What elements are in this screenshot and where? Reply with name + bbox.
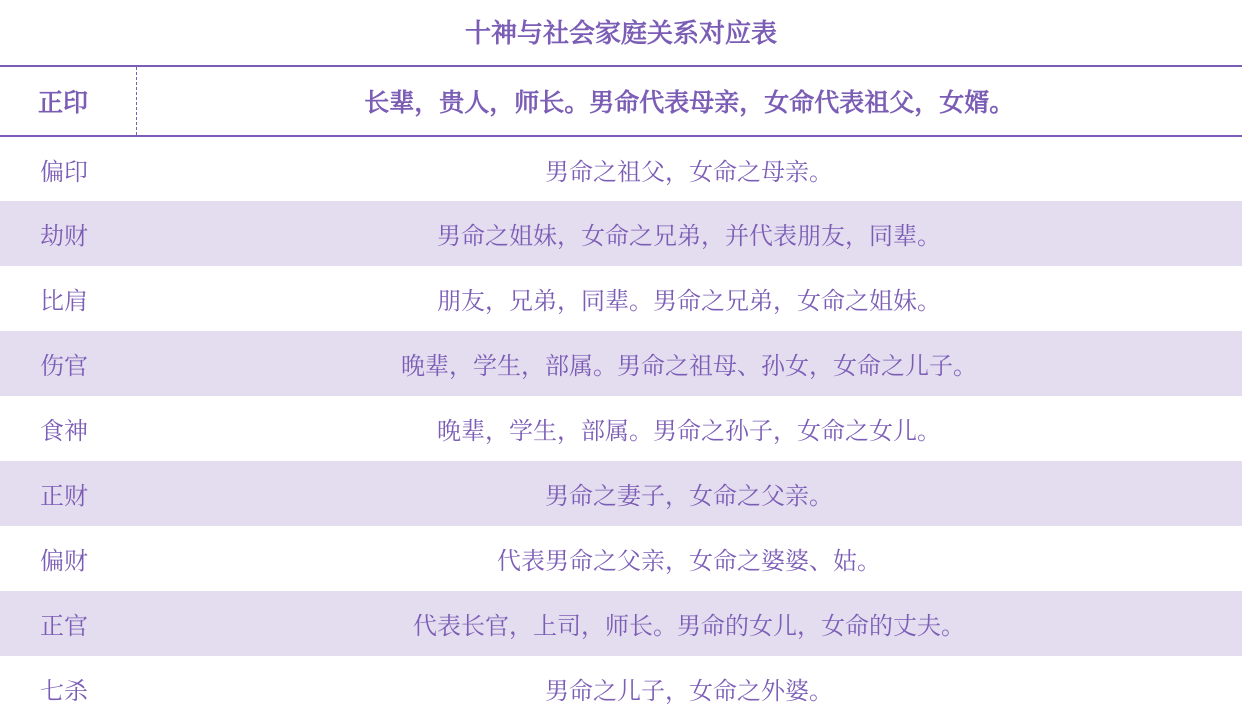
row-desc-cell: 晚辈，学生，部属。男命之祖母、孙女，女命之儿子。 [136,331,1242,396]
table-row: 比肩 朋友，兄弟，同辈。男命之兄弟，女命之姐妹。 [0,266,1242,331]
row-name-cell: 正官 [0,591,136,656]
row-name-cell: 七杀 [0,656,136,716]
row-desc-cell: 男命之祖父，女命之母亲。 [136,136,1242,201]
table-row: 偏财 代表男命之父亲，女命之婆婆、姑。 [0,526,1242,591]
header-name-cell: 正印 [0,66,136,136]
row-name-cell: 偏印 [0,136,136,201]
table-row: 七杀 男命之儿子，女命之外婆。 [0,656,1242,716]
table-row: 正财 男命之妻子，女命之父亲。 [0,461,1242,526]
header-desc-cell: 长辈，贵人，师长。男命代表母亲，女命代表祖父，女婿。 [136,66,1242,136]
table-header-row: 正印 长辈，贵人，师长。男命代表母亲，女命代表祖父，女婿。 [0,66,1242,136]
row-desc-cell: 代表长官，上司，师长。男命的女儿，女命的丈夫。 [136,591,1242,656]
table-row: 食神 晚辈，学生，部属。男命之孙子，女命之女儿。 [0,396,1242,461]
ten-gods-table: 正印 长辈，贵人，师长。男命代表母亲，女命代表祖父，女婿。 偏印 男命之祖父，女… [0,65,1242,716]
row-desc-cell: 男命之姐妹，女命之兄弟，并代表朋友，同辈。 [136,201,1242,266]
table-row: 偏印 男命之祖父，女命之母亲。 [0,136,1242,201]
row-name-cell: 食神 [0,396,136,461]
row-name-cell: 偏财 [0,526,136,591]
row-desc-cell: 男命之儿子，女命之外婆。 [136,656,1242,716]
row-name-cell: 劫财 [0,201,136,266]
row-name-cell: 伤官 [0,331,136,396]
row-name-cell: 比肩 [0,266,136,331]
row-name-cell: 正财 [0,461,136,526]
row-desc-cell: 男命之妻子，女命之父亲。 [136,461,1242,526]
table-row: 正官 代表长官，上司，师长。男命的女儿，女命的丈夫。 [0,591,1242,656]
row-desc-cell: 朋友，兄弟，同辈。男命之兄弟，女命之姐妹。 [136,266,1242,331]
row-desc-cell: 晚辈，学生，部属。男命之孙子，女命之女儿。 [136,396,1242,461]
table-row: 劫财 男命之姐妹，女命之兄弟，并代表朋友，同辈。 [0,201,1242,266]
row-desc-cell: 代表男命之父亲，女命之婆婆、姑。 [136,526,1242,591]
table-row: 伤官 晚辈，学生，部属。男命之祖母、孙女，女命之儿子。 [0,331,1242,396]
table-title: 十神与社会家庭关系对应表 [0,0,1242,65]
